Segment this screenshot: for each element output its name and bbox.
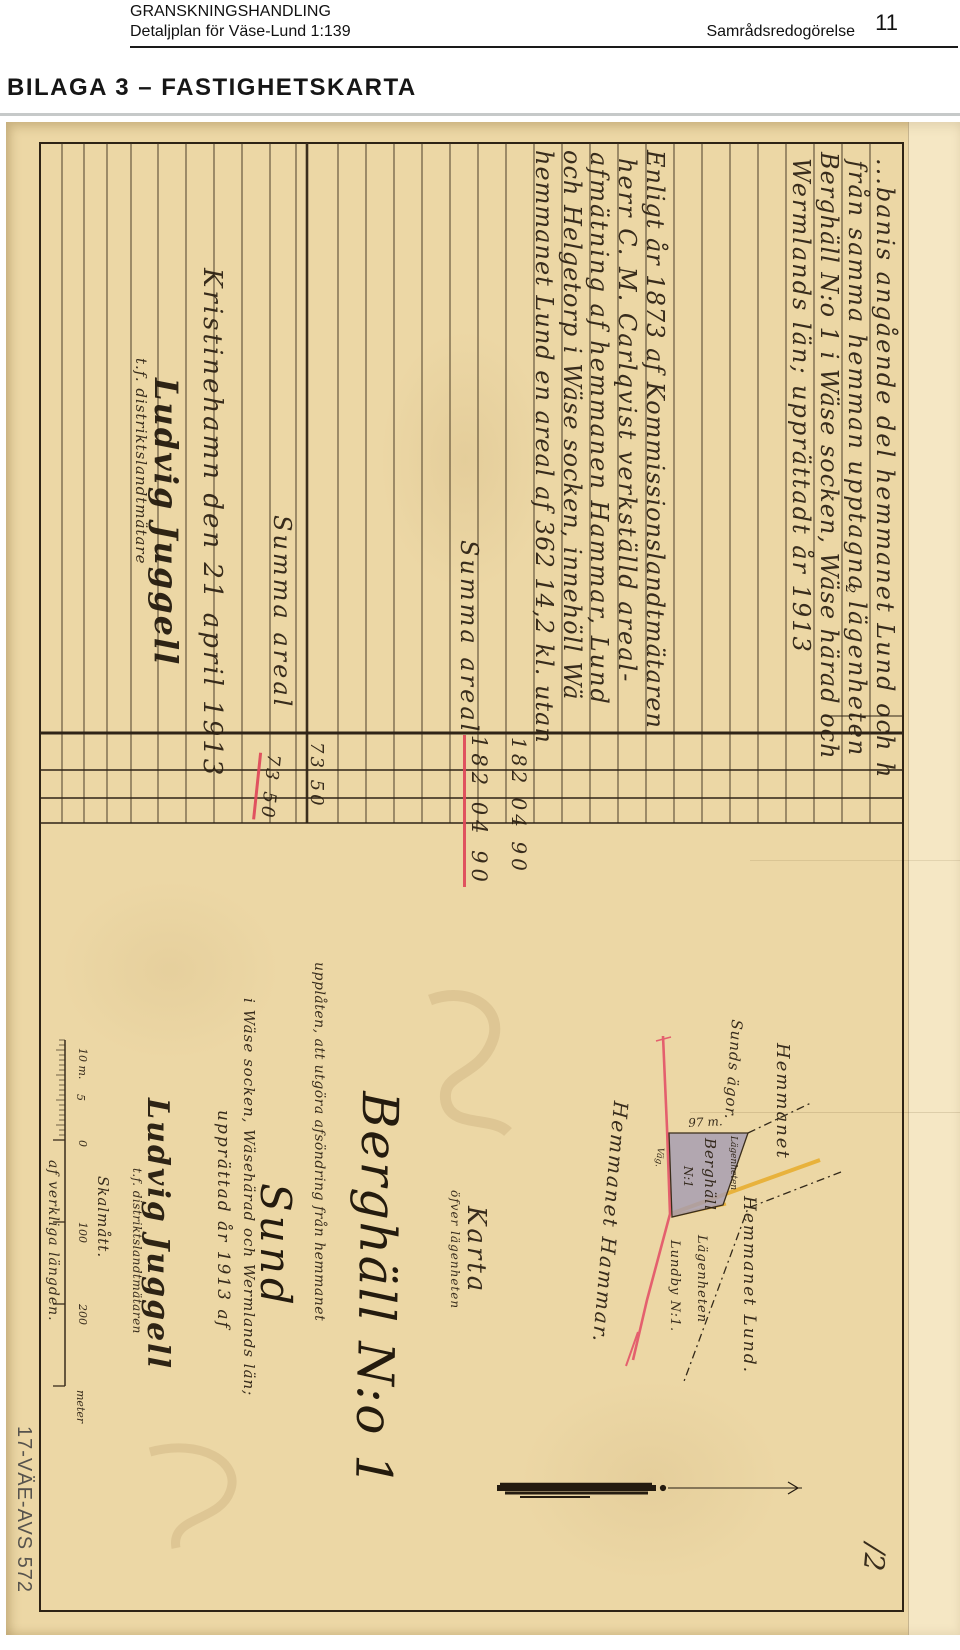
- label-vag: Väg.: [653, 1147, 664, 1168]
- scale-200: 200: [77, 1304, 88, 1325]
- map-sund-big: Sund: [254, 1183, 296, 1309]
- scale-10m: 10 m.: [77, 1048, 88, 1079]
- map-upprattad-line: upprättad år 1913 af: [214, 1110, 231, 1330]
- map-signature: Ludvig Juggell: [142, 1098, 172, 1370]
- scan-edge-smudge: [0, 113, 960, 116]
- ledger-superscript: 2: [843, 585, 856, 593]
- paper-fold: [908, 122, 960, 1635]
- ledger-line-6: herr C. M. Carlqvist verkställd areal-: [615, 158, 639, 683]
- map-socken-line: i Wäse socken, Wäsehärad och Wermlands l…: [241, 998, 256, 1396]
- ledger-line-5: Enligt år 1873 af Kommissionslandtmätare…: [643, 150, 667, 729]
- ledger-line-4: Wermlands län; upprättadt år 1913: [789, 158, 813, 654]
- amount-182-black: 182 04 90: [509, 737, 529, 875]
- polygon-label-berghall: Berghäll: [702, 1138, 717, 1211]
- amount-182-red-underlined: 182 04 90: [463, 735, 489, 887]
- map-title: Karta: [463, 1206, 489, 1294]
- header-doc-title: Detaljplan för Väse-Lund 1:139: [130, 23, 351, 41]
- label-hemmanet-top: Hemmanet: [773, 1043, 791, 1160]
- scale-100: 100: [77, 1222, 88, 1243]
- ledger-signature-title: t.f. distriktslandtmätare: [133, 358, 148, 564]
- label-lagenheten-lundby-1: Lägenheten: [695, 1235, 708, 1323]
- scale-5: 5: [75, 1094, 86, 1101]
- header-right-label: Samrådsredogörelse: [706, 23, 855, 41]
- polygon-label-lagenheten: Lägenheten: [728, 1136, 737, 1190]
- label-lagenheten-lundby-2: Lundby N:1.: [668, 1240, 681, 1332]
- map-upplaten-line: upplåten, att utgöra afsöndring från hem…: [312, 962, 326, 1321]
- summa-areal-right: Summa areal: [457, 540, 481, 734]
- label-hemmanet-lund: Hemmanet Lund.: [740, 1196, 757, 1374]
- ledger-line-8: och Helgetorp i Wäse socken, innehöll Wä: [560, 150, 584, 701]
- ledger-line-3: Berghäll N:o 1 i Wäse socken, Wäse härad…: [817, 152, 841, 760]
- header-rule: [130, 46, 958, 48]
- map-signature-title: t.f. distriktslandtmätaren: [131, 1168, 143, 1334]
- ledger-signature: Ludvig Juggell: [150, 378, 182, 666]
- ledger-date-line: Kristinehamn den 21 april 1913: [199, 268, 225, 778]
- ledger-line-9: hemmanet Lund en areal af 362 14,2 kl. u…: [532, 150, 556, 744]
- ledger-line-2: från samma hemman upptagna lägenheten: [845, 160, 869, 757]
- scale-caption: Skalmått.: [95, 1176, 110, 1258]
- map-name-big: Berghäll N:o 1: [348, 1091, 405, 1489]
- map-subtitle: öfver lägenheten: [449, 1190, 461, 1309]
- scale-0: 0: [77, 1140, 88, 1147]
- header-doc-type: GRANSKNINGSHANDLING: [130, 3, 331, 21]
- polygon-label-n1: N:1: [682, 1166, 694, 1188]
- attachment-title: BILAGA 3 – FASTIGHETSKARTA: [7, 74, 417, 102]
- ledger-line-7: afmätning af hemmanen Hammar, Lund: [587, 152, 611, 706]
- ledger-line-1: ...banis angående del hemmanet Lund och …: [873, 158, 897, 780]
- archive-stamp: 17-VÄE-AVS 572: [14, 1426, 34, 1593]
- page: GRANSKNINGSHANDLING Detaljplan för Väse-…: [0, 0, 960, 1650]
- paper-stain: [520, 1380, 780, 1580]
- header-page-number: 11: [875, 10, 898, 36]
- scale-note: af verkliga längden.: [46, 1160, 60, 1322]
- label-97m: 97 m.: [688, 1115, 723, 1129]
- paper-crease: [750, 860, 960, 861]
- summa-areal-left: Summa areal: [270, 515, 294, 709]
- amount-73-black: 73 50: [307, 742, 325, 809]
- page-mark: /2: [859, 1543, 889, 1573]
- scale-meter: meter: [75, 1390, 86, 1423]
